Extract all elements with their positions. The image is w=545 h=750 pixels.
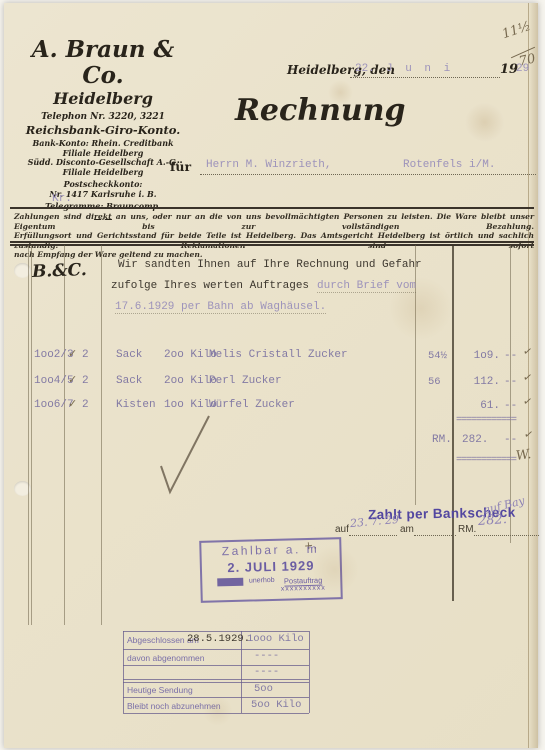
stamp-line3: unerhob Postauftrag xxxxxxxxxx	[202, 575, 340, 595]
summary-value: 1ooo Kilo	[247, 633, 304, 645]
pencil-check-icon: ✓	[68, 397, 77, 410]
am-label: am	[400, 524, 414, 535]
body-line3-faded: 17.6.1929 per Bahn ab Waghäusel.	[115, 301, 326, 314]
payment-underline	[474, 535, 539, 536]
item-qty: 2	[82, 349, 89, 361]
total-amount: 282.	[462, 434, 488, 446]
dateline-day: 22.	[355, 63, 375, 75]
item-unit: Sack	[116, 349, 142, 361]
body-line2: zufolge Ihres werten Auftrages	[111, 280, 309, 292]
screenshot: A. Braun & Co. Heidelberg Telephon Nr. 3…	[0, 0, 545, 750]
telephone-line: Telephon Nr. 3220, 3221	[12, 112, 194, 122]
item-desc: Perl Zucker	[209, 375, 282, 387]
table-rule	[101, 245, 102, 625]
postscheck-value: Nr. 1417 Karlsruhe i. B.	[12, 190, 194, 200]
body-line2-faded: durch Brief vom	[317, 280, 416, 293]
item-pfennig: --	[504, 400, 517, 412]
page-title: Rechnung	[235, 93, 406, 128]
terms-rule-bottom	[10, 241, 534, 243]
terms-rule-bottom	[10, 244, 534, 246]
summary-rule	[309, 631, 310, 713]
recipient-fuer-label: für	[170, 159, 191, 174]
item-price: 56	[428, 376, 441, 388]
clerk-mark: Kr.	[52, 193, 72, 205]
company-city: Heidelberg	[12, 89, 194, 109]
recipient-name: Herrn M. Winzrieth,	[206, 159, 331, 171]
pencil-check-icon: ✓	[68, 347, 77, 360]
item-desc: Melis Cristall Zucker	[209, 349, 348, 361]
summary-rule	[123, 631, 309, 632]
summary-value: 5oo	[254, 683, 273, 695]
table-rule	[452, 245, 454, 601]
summary-value: ----	[254, 666, 279, 678]
recipient-place: Rotenfels i/M.	[403, 159, 495, 171]
summary-label: davon abgenommen	[127, 653, 205, 663]
stamp-line3-right-group: Postauftrag xxxxxxxxxx	[281, 576, 326, 593]
summary-typed-date: 28.5.1929.	[187, 633, 250, 645]
stamp-line1: Zahlbar a. m	[201, 541, 339, 559]
item-unit: Sack	[116, 375, 142, 387]
item-amount: 61.	[454, 400, 500, 412]
total-currency: RM.	[432, 434, 452, 446]
stamp-line3-left: unerhob	[249, 577, 275, 585]
recipient-underline	[200, 174, 536, 175]
total-separator: ============	[456, 415, 516, 426]
total-pfennig: --	[504, 434, 517, 446]
stamp-line2: 2. JULI 1929	[202, 557, 340, 576]
item-qty: 2	[82, 375, 89, 387]
side-mark: B.&C.	[32, 260, 87, 282]
summary-value: ----	[254, 650, 279, 662]
summary-label: Bleibt noch abzunehmen	[127, 701, 221, 711]
bank-line: Filiale Heidelberg	[12, 168, 194, 178]
auf-label: auf	[335, 524, 349, 535]
summary-value: 5oo Kilo	[251, 699, 301, 711]
payment-underline	[414, 535, 456, 536]
table-rule	[31, 245, 32, 625]
item-pfennig: --	[504, 350, 517, 362]
payment-underline	[349, 535, 397, 536]
summary-rule	[123, 697, 309, 698]
summary-rule	[123, 713, 309, 714]
stamp-blot	[217, 578, 243, 587]
dateline-month: J u n i	[386, 63, 453, 75]
letterhead: A. Braun & Co. Heidelberg Telephon Nr. 3…	[12, 37, 194, 224]
terms-line: Zahlungen sind direkt an uns, oder nur a…	[14, 212, 534, 231]
dateline-underline	[350, 77, 500, 78]
rm-label: RM.	[458, 524, 476, 535]
pencil-check-icon: ✓	[68, 373, 77, 386]
pencil-w-mark: W.	[515, 447, 532, 464]
summary-rule	[123, 682, 309, 683]
terms-text: Zahlungen sind direkt an uns, oder nur a…	[14, 212, 534, 260]
terms-rule-top	[10, 207, 534, 209]
summary-label: Heutige Sendung	[127, 685, 193, 695]
table-rule	[64, 245, 65, 625]
dateline-place: Heidelberg, den	[287, 63, 395, 77]
summary-rule	[123, 631, 124, 713]
item-amount: 1o9.	[454, 350, 500, 362]
company-name: A. Braun & Co.	[12, 37, 194, 89]
summary-rule	[123, 679, 309, 680]
table-rule	[28, 245, 29, 625]
item-qty: 2	[82, 399, 89, 411]
pencil-check-icon	[149, 408, 229, 503]
total-separator: ============	[456, 455, 516, 466]
date-stamp: Zahlbar a. m 2. JULI 1929 unerhob Postau…	[199, 537, 343, 603]
summary-rule	[123, 649, 309, 650]
handwritten-date: 23. 7. 29	[350, 513, 400, 530]
item-pfennig: --	[504, 376, 517, 388]
item-amount: 112.	[454, 376, 500, 388]
stamp-cross-out: xxxxxxxxxx	[281, 585, 326, 593]
giro-line: Reichsbank-Giro-Konto.	[12, 123, 194, 137]
handwritten-amount: 282.	[478, 512, 508, 529]
body-line1: Wir sandten Ihnen auf Ihre Rechnung und …	[118, 259, 422, 271]
summary-rule	[123, 665, 309, 666]
item-price: 54½	[428, 350, 447, 362]
invoice-document: A. Braun & Co. Heidelberg Telephon Nr. 3…	[4, 3, 538, 748]
